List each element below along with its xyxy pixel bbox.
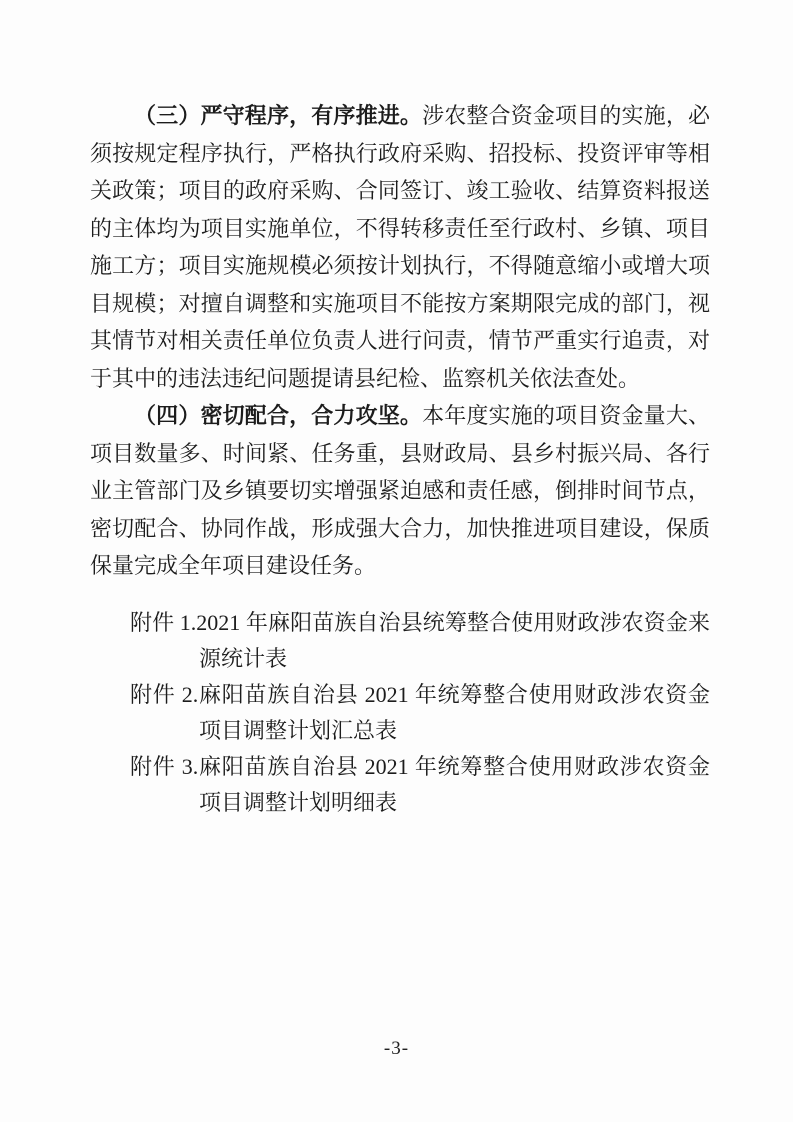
section-4-line: 保量完成全年项目建设任务。 — [90, 547, 710, 585]
page-number: -3- — [0, 1038, 793, 1060]
attachment-2-line-2: 项目调整计划汇总表 — [90, 713, 710, 749]
section-4-line: 业主管部门及乡镇要切实增强紧迫感和责任感，倒排时间节点， — [90, 472, 710, 510]
section-4-heading: （四）密切配合，合力攻坚。 — [134, 403, 422, 428]
attachment-1-line-1: 附件 1.2021 年麻阳苗族自治县统筹整合使用财政涉农资金来 — [90, 605, 710, 641]
section-3-line-text: 涉农整合资金项目的实施，必 — [422, 103, 710, 128]
section-3-line: 其情节对相关责任单位负责人进行问责，情节严重实行追责，对 — [90, 322, 710, 360]
section-3-line: 的主体均为项目实施单位，不得转移责任至行政村、乡镇、项目 — [90, 210, 710, 248]
body-text-block: （三）严守程序，有序推进。涉农整合资金项目的实施，必 须按规定程序执行，严格执行… — [90, 97, 710, 585]
attachment-item-2: 附件 2.麻阳苗族自治县 2021 年统筹整合使用财政涉农资金 项目调整计划汇总… — [90, 677, 710, 749]
attachment-2-line-1: 附件 2.麻阳苗族自治县 2021 年统筹整合使用财政涉农资金 — [90, 677, 710, 713]
attachment-item-1: 附件 1.2021 年麻阳苗族自治县统筹整合使用财政涉农资金来 源统计表 — [90, 605, 710, 677]
section-4-line: （四）密切配合，合力攻坚。本年度实施的项目资金量大、 — [90, 397, 710, 435]
section-3-heading: （三）严守程序，有序推进。 — [134, 103, 422, 128]
section-3-line: 于其中的违法违纪问题提请县纪检、监察机关依法查处。 — [90, 360, 710, 398]
attachment-list: 附件 1.2021 年麻阳苗族自治县统筹整合使用财政涉农资金来 源统计表 附件 … — [90, 605, 710, 821]
section-4-line: 项目数量多、时间紧、任务重，县财政局、县乡村振兴局、各行 — [90, 435, 710, 473]
document-page: （三）严守程序，有序推进。涉农整合资金项目的实施，必 须按规定程序执行，严格执行… — [0, 0, 793, 1122]
attachment-1-line-2: 源统计表 — [90, 641, 710, 677]
attachment-item-3: 附件 3.麻阳苗族自治县 2021 年统筹整合使用财政涉农资金 项目调整计划明细… — [90, 749, 710, 821]
section-3-line: 须按规定程序执行，严格执行政府采购、招投标、投资评审等相 — [90, 135, 710, 173]
section-4-line-text: 本年度实施的项目资金量大、 — [422, 403, 710, 428]
section-3-line: 目规模；对擅自调整和实施项目不能按方案期限完成的部门，视 — [90, 285, 710, 323]
attachment-3-line-2: 项目调整计划明细表 — [90, 785, 710, 821]
section-3-line: 关政策；项目的政府采购、合同签订、竣工验收、结算资料报送 — [90, 172, 710, 210]
section-3-line: 施工方；项目实施规模必须按计划执行，不得随意缩小或增大项 — [90, 247, 710, 285]
section-3-line: （三）严守程序，有序推进。涉农整合资金项目的实施，必 — [90, 97, 710, 135]
attachment-3-line-1: 附件 3.麻阳苗族自治县 2021 年统筹整合使用财政涉农资金 — [90, 749, 710, 785]
section-4-line: 密切配合、协同作战，形成强大合力，加快推进项目建设，保质 — [90, 510, 710, 548]
